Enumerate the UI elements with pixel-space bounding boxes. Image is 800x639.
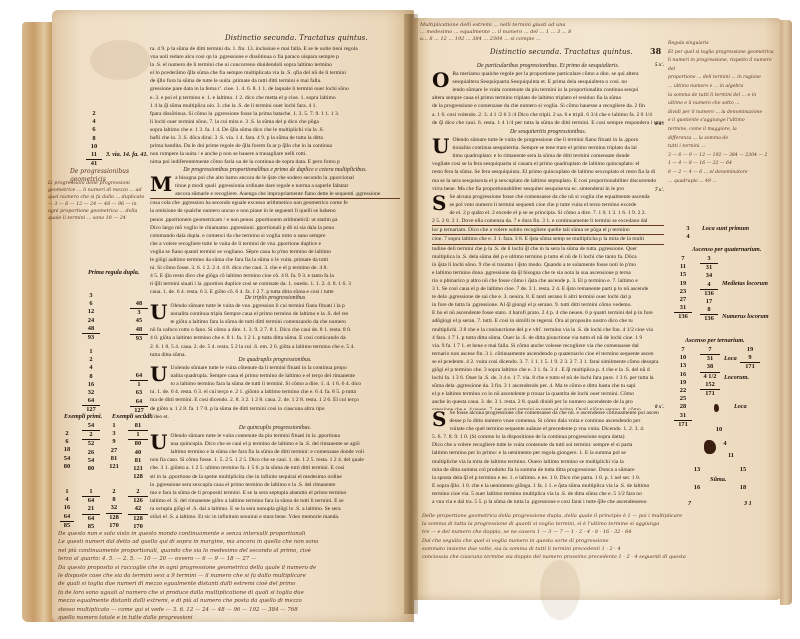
text-line: Se alcuna progressione fosse che comensa… (432, 194, 664, 201)
text-line: non fia caso. Si cõmo fosse. 1. 5. 2 5. … (150, 457, 400, 464)
text-line: laltimo termino per lo primo: e la uenim… (432, 450, 664, 457)
quaternarium-col-a: 7 11 15 19 23 27 31 136 (674, 255, 692, 322)
number: 4 (700, 281, 718, 289)
number: 80 (82, 465, 100, 473)
number: 15 (674, 271, 692, 279)
number: 26 (82, 449, 100, 457)
sum: 171 (740, 362, 760, 371)
handwritten-line: 3 — 6 — 9 — 12 — 192 — 384 — 2304 — 2 (668, 152, 780, 161)
bottom-margin-mark: 7 (688, 500, 691, 507)
number: 10 (86, 143, 102, 151)
circle-number: 18 (736, 484, 750, 492)
text-line: tudine deli termini che p la .S. de li l… (432, 246, 664, 253)
ascenso-ternarium-label: Ascenso per ternarium. (685, 337, 745, 344)
loca-label: Loca (724, 355, 737, 362)
handwritten-line: conciossia che ciascuno termine sia dopp… (422, 553, 782, 561)
drop-cap: U (432, 138, 449, 155)
text-line: gressione pare data in la fema r'. cioe.… (150, 86, 400, 93)
text-line: multiplica la .S. dela sũma del p e ulti… (432, 254, 664, 261)
handwritten-line: e il quotiente s'aggiunge l'ultimo (668, 117, 780, 126)
loca-sunt-primum-label: Loca sunt primum (702, 225, 749, 232)
number: 31 (700, 263, 718, 272)
open-book: Distinctio secunda. Tractatus quintus. r… (0, 0, 800, 639)
number: 1 (130, 380, 148, 389)
text-line: multipliche via la mita de laltimo termi… (432, 459, 664, 466)
handwritten-line: dividi per il numero ... la denominazion… (668, 109, 780, 118)
number: 8 (86, 135, 102, 143)
number: 54 (82, 422, 100, 430)
medietas-locorum-label: Medietas locorum (722, 280, 768, 287)
number: 3 (106, 430, 122, 438)
text-line: mo e fara la sũma de li propositi termin… (150, 490, 400, 497)
bottom-margin-mark: 3 1 (744, 500, 752, 507)
number: 4 (82, 364, 100, 372)
number: 17 (700, 298, 718, 306)
text-line: ra. 4 9. p la sũma de ditti termini da. … (150, 46, 400, 53)
sum: 93 (82, 333, 100, 342)
right-section-sesquitertia: De sesquitertiis progressionibus. U Olen… (432, 128, 664, 194)
number: 8 (106, 496, 122, 504)
text-line: te dela .pgressione de sai che e. 3. neu… (432, 294, 664, 301)
number: 16 (674, 371, 692, 379)
number: 31 (700, 354, 720, 363)
circle-number: 13 (690, 466, 704, 474)
section-heading: De triplis progressionibus (150, 295, 400, 302)
number: 128 (128, 473, 148, 481)
number: 64 (130, 398, 148, 406)
handwritten-line: nel più continuamente proportionali, qua… (58, 547, 408, 555)
number: 2 (86, 110, 102, 118)
number: 18 (60, 446, 74, 454)
text-line: Olendo sũmare tutte le vuita de vna .pgr… (150, 303, 400, 310)
number: 128 (106, 513, 122, 522)
margin-number-column: 2 4 6 8 10 11 41 (86, 110, 102, 168)
text-line: nonalita continua tripla Sempre caua el … (150, 311, 400, 318)
number: 54 (60, 455, 74, 463)
handwritten-line: 8 — 2 — 4 — 6 ... el denominatore (668, 169, 780, 178)
text-line: to a laltimo termino fara la sũma de tut… (150, 381, 400, 388)
text-line: ma de ditti termini. E cosi dicendo. 2. … (150, 397, 400, 404)
text-line: mita de ditta summa col prodotto fia la … (432, 467, 664, 474)
text-line: la .pgressione sera sexcupla caua el pri… (150, 482, 400, 489)
text-line: E sopra q̃llo. 1 0. che e la uenimento g… (432, 483, 664, 490)
number: 128 (128, 514, 148, 523)
number: 31 (674, 412, 692, 420)
quaternarium-col-b: 3 31 34 4 136 17 8 136 (700, 255, 718, 324)
quadruple-col-d: 2 126 42 128 170 (128, 488, 148, 531)
number: 3 (700, 255, 718, 263)
handwritten-line: differenza ... la somma de (668, 135, 780, 144)
text-line: cosa cola che .pgression ha secondo egua… (150, 200, 400, 207)
number: 81 (128, 422, 148, 430)
loca-col: 3 4 (680, 225, 696, 241)
ink-blot (714, 404, 719, 412)
text-line: 1 4 la q̃l sũma multiplica uio. 3. che l… (150, 103, 400, 110)
sum: 136 (700, 314, 718, 323)
text-line: timo quadruplato: e lo rimanente sera la… (432, 153, 664, 160)
left-running-head: Distinctio secunda. Tractatus quintus. (225, 34, 368, 42)
number: 19 (674, 379, 692, 387)
text-line: sopra laltimo che e. 1 3. fa. 1 4. De q̃… (150, 127, 400, 134)
handwritten-line: Et per quel si toglia progressione geome… (668, 49, 780, 58)
text-line: te giõta a laltimo fara la sũma de tutti… (150, 319, 400, 326)
handwritten-line: Multiplicatione delli estremi ... nelli … (420, 22, 780, 29)
circle-number: 11 (724, 452, 738, 460)
left-section-quadruple: De quadruplis progressionibus. U Uolendo… (150, 356, 400, 424)
exempli-secundi-label: Exempli secũdi. (112, 413, 153, 420)
duplice-example-2-left: 1 2 4 8 16 32 64 127 (82, 348, 100, 415)
underlined-text-line: 2 5. 2 8. 3 1. Dove ella comenza da. 7 e… (432, 218, 664, 226)
ascenso-quaternarium-label: Ascenso per quaternarium. (692, 246, 761, 253)
underlined-text-line: ancora sũmarle e recogliere. Auenga che … (150, 191, 400, 199)
text-line: Olendo sũmare tutte le vuita de progress… (432, 137, 664, 144)
loca-label-2: Loca (734, 403, 747, 410)
text-line: resto fera la sũma. Se fera sesquiquinta… (432, 169, 664, 176)
number: 1 (106, 422, 122, 430)
number: 21 (82, 505, 100, 513)
circle-number: 4 (718, 440, 732, 448)
handwritten-line: Le questi numeri dal detto ad quello qui… (58, 538, 408, 546)
sum: 93 (130, 334, 148, 343)
number: 2 (128, 488, 148, 496)
handwritten-line: proportione ... deli termini ... in ragi… (668, 74, 780, 83)
text-line: ra octupla giõgi el .S. dal a laltimo. E… (150, 506, 400, 513)
handwritten-line: la somma di tutta la progressione di qua… (422, 520, 782, 528)
number: 64 (130, 372, 148, 380)
number: 8 (82, 373, 100, 381)
circle-number: 10 (712, 426, 726, 434)
exempli-primi-col-a: 2 6 18 54 80 (60, 430, 74, 471)
text-line: nima poi indiferentemente cõmo faria ua … (150, 159, 400, 166)
quadruple-col-a: 1 4 16 64 85 (60, 488, 74, 530)
handwritten-line: li numeri in progressione, rispetto il n… (668, 57, 780, 74)
number: 3 (130, 308, 148, 317)
right-running-head: Distinctio secunda. Tractatus quintus. (490, 48, 633, 56)
number: 2 (60, 430, 74, 438)
text-line: multiplichi. 3 8 che e la coniunctione d… (432, 327, 664, 334)
text-line: de q̃l dico che caui. 6. resta. 1 4 1/4 … (432, 120, 664, 126)
underlined-text-line: cioe. 7 sopra laltimo che e. 3 1. fara. … (432, 236, 664, 244)
sum: 85 (60, 521, 74, 530)
number: 27 (106, 447, 122, 455)
handwritten-line: ultimo e il numero che sotto ... (668, 100, 780, 109)
exempli-secundi-col-a: 1 3 9 27 81 121 (106, 422, 122, 471)
handwritten-line: quello numero totale e in tutte dalle pr… (58, 614, 408, 622)
number: 136 (700, 289, 718, 298)
section-heading: De progressionibus proportionalibus e pr… (150, 167, 400, 174)
text-line: de q̃llo fora la sũma de tutte le uuita … (150, 78, 400, 85)
duplice-example-left: 3 6 12 24 48 93 (82, 292, 100, 342)
number: 4 1/2 (700, 372, 720, 381)
number: 42 (128, 505, 148, 513)
handwritten-line: le disposte cose che sia da termini sexi… (58, 572, 408, 580)
handwritten-line: Da questo proposito si raccoglie che in … (58, 564, 408, 572)
margin-note: 3. via. 14. fa. 41. (106, 151, 148, 158)
number: 1 (82, 348, 100, 356)
text-line: che a volere recogliere tutte le vuita d… (150, 241, 400, 248)
number: 22 (674, 387, 692, 395)
text-line: giõgi el .S. a laltimo. Et sic in infini… (150, 514, 400, 518)
text-line: commando dala dopla. e comenci da che te… (150, 233, 400, 240)
circle-number: 16 (690, 484, 704, 492)
text-line: non rompere la uuita / e anche p non se … (150, 151, 400, 158)
left-bottom-handwritten-notes: De questo non e solo visto in questo mon… (58, 530, 408, 622)
number: 6 (60, 438, 74, 446)
text-line: sti in la .pportione de la spetie multip… (150, 474, 400, 481)
text-line: tionalita continua sesquitertia. Sempre … (432, 145, 664, 152)
text-line: bafli che lo. 3 .S. dõca dirai. 3 .S. vi… (150, 135, 400, 142)
ternarium-col-b: 7 31 38 4 1/2 152 171 (700, 346, 720, 398)
handwritten-line: Regula singularis (668, 40, 780, 49)
number: 7 (700, 346, 720, 354)
number: 8 (700, 306, 718, 314)
number: 27 (674, 296, 692, 304)
text-line: vna uoli redare alcu cosi qn la .pgressi… (150, 54, 400, 61)
text-line: vogliate cosi se la fera sesquiquarta si… (432, 161, 664, 168)
number: 48 (130, 300, 148, 308)
number: 6 (82, 300, 100, 308)
text-line: prima bandita. Da le doi prime regole de… (150, 143, 400, 150)
number: 54 (82, 457, 100, 465)
section-heading: De quadruplis progressionibus. (150, 357, 400, 364)
summa-label: Sũma. (710, 476, 726, 483)
number: 7 (674, 346, 692, 354)
text-line: la sposta dela q̃l el p termino e ne. 1.… (432, 475, 664, 482)
section-heading: De particularibus progressionibus. Et pr… (432, 63, 664, 70)
number: 11 (86, 151, 102, 159)
text-line: nalita quadrupla. Sempre caua el primo t… (150, 373, 400, 380)
text-line: fpara dissõtinua. Si cõmo la .pgressione… (150, 111, 400, 118)
book-gutter (404, 14, 418, 614)
text-line: che. 3 1. giõnto a. 1 2 5. ultimo termin… (150, 465, 400, 472)
number: 25 (674, 395, 692, 403)
text-line: in fore de tutta la .pgressione. Al q̃l … (432, 302, 664, 309)
number: 31 (674, 304, 692, 312)
text-line: laltimo termino e la sũma che fara fia l… (150, 449, 400, 456)
number: 3 (680, 225, 696, 233)
handwritten-line: ... medesimo ... equalmente ... il numer… (420, 29, 780, 36)
number: 28 (674, 403, 692, 411)
number: 45 (130, 317, 148, 325)
number: 19 (674, 280, 692, 288)
text-line: Dico che a volere recogliere tutte le vu… (432, 442, 664, 449)
handwritten-line: mezzo equalmente distanti dalli extremi,… (58, 597, 408, 605)
text-line: Dico largo mõ voglio le chiamamo .pgress… (150, 225, 400, 232)
number: 9 (106, 438, 122, 446)
ink-blot (704, 440, 716, 454)
text-line: a vna via e dal tra. 5 5. p la sũma de t… (432, 499, 664, 506)
text-line: ni. 1. de. 6 4. resta. 6 3. el cui terço… (150, 389, 400, 396)
number: 32 (106, 504, 122, 512)
text-line: el lo pcederãmo q̃lla sũma che fia sempr… (150, 70, 400, 77)
text-line: le giõgi aultimo termino da sũma che far… (150, 257, 400, 264)
number: 40 (128, 449, 148, 457)
text-line: de el. 2 p quãto el. 2 excede el p se se… (432, 210, 664, 217)
text-line: a bisogna poi che aito hamo ancora de le… (150, 175, 400, 182)
number: 64 (82, 514, 100, 523)
number: 1 (82, 488, 100, 496)
text-line: ni. Si cõmo fosse. 3. 6. 1 2. 2 4. 4 8. … (150, 265, 400, 272)
text-line: Se fosse alcuna progressione che comensa… (432, 410, 664, 417)
text-line: 4 5. E q̃lo resto dico che giõga cõ lalt… (150, 273, 400, 280)
handwritten-line: fa de loro sono uguali al numero che si … (58, 589, 408, 597)
text-line: ti q̃lli termini siuati i la .pportion d… (150, 281, 400, 288)
sum: 170 (106, 522, 122, 530)
number: 52 (82, 439, 100, 448)
number: 81 (106, 455, 122, 463)
text-line: tinue p modi quali .pgressionia ordinate… (150, 183, 400, 190)
number: 23 (674, 288, 692, 296)
number: 16 (60, 504, 74, 512)
left-section-quintuple: De quincuplis progressionibus. U Olendo … (150, 424, 400, 518)
text-line: anche in questa caua. 3. de. 3 1. resta.… (432, 399, 664, 406)
number: 1 (128, 430, 148, 439)
left-section-triple: De triplis progressionibus U Olendo sũma… (150, 294, 400, 356)
text-line: e laltimo termino dona .pgressione da q̃… (432, 270, 664, 277)
text-line: la .S. el numero de li termini che ui co… (150, 62, 400, 69)
exempli-secundi-col-b: 81 1 80 40 81 121 128 (128, 422, 148, 481)
text-line: e. 3. e poi el p termino e. 1. e laltimo… (150, 95, 400, 102)
margin-note: 6 x'. (655, 122, 664, 127)
exempli-primi-col-b: 54 2 52 26 54 80 (82, 422, 100, 473)
text-line: sesquialtera Sesquiquarta Sesquiquinta e… (432, 79, 664, 86)
text-line: se pol vnto numero li termini sequenti c… (432, 202, 664, 209)
number: 63 (130, 389, 148, 397)
text-line: sũma dela .pgressione da. 3 fin. 3 1 asc… (432, 383, 664, 390)
handwritten-line: ... quadruplo ... 49 ... (668, 178, 780, 187)
number: 2 (82, 430, 100, 439)
drop-cap: U (150, 366, 167, 383)
number: 80 (128, 439, 148, 448)
text-line: se el pcedente. 4 2. vuita cosi dicendo.… (432, 359, 664, 366)
text-line: ternario non ascese fin. 3 1. cõtinuamen… (432, 351, 664, 358)
drop-cap: O (432, 72, 449, 89)
locorum-label: Locorum. (724, 374, 749, 381)
handwritten-line: De questo non e solo visto in questo mon… (58, 530, 408, 538)
right-bottom-handwritten-notes: Delle proportione geometrica della progr… (422, 512, 782, 582)
folio-number: 38 (650, 46, 661, 56)
number: 34 (700, 272, 718, 280)
text-line: voglia se fiano quanti termini se voglia… (150, 249, 400, 256)
text-line: la omisione de qualche numero uncuo e no… (150, 208, 400, 215)
left-section-duple: De progressionibus proportionalibus e pr… (150, 166, 400, 294)
text-line: de la progressione e comenzase da che nu… (432, 103, 664, 110)
text-line: 4 0. giõta a laltimo termino che e. 8 1.… (150, 335, 400, 342)
duplice-example-right: 48 3 45 48 93 (130, 300, 148, 343)
text-line: vnitate che quel termino sequente auãnze… (432, 426, 664, 433)
section-heading: De sesquitertiis progressionibus. (432, 129, 664, 136)
left-text-top: ra. 4 9. p la sũma de ditti termini da. … (150, 46, 400, 166)
number: 4 (60, 496, 74, 504)
number: 121 (128, 465, 148, 473)
handwritten-line: la somma de tutti li termini del ... e i… (668, 92, 780, 101)
handwritten-line: tutti i termini ... (668, 143, 780, 152)
text-line: 4 fara. 1 7 1. p tutta ditta sũma. Ouer … (432, 335, 664, 342)
text-line: el p e laltimo termino co lo nũ ascenden… (432, 391, 664, 398)
margin-note: 5 x'. (655, 63, 664, 68)
number: 6 (86, 126, 102, 134)
drop-cap: M (150, 176, 172, 193)
quadruple-col-b: 1 64 21 64 85 (82, 488, 100, 531)
sum: 171 (674, 420, 692, 429)
number: 3 (82, 292, 100, 300)
number: 4 (86, 118, 102, 126)
text-line: lochi fa. 1 3 6. Ouer la .S. de. 3 4 e. … (432, 375, 664, 382)
drop-cap: U (150, 304, 167, 321)
number: 9 (740, 354, 760, 362)
text-line: lendo sũmare le vuita contenute da piu t… (432, 87, 664, 94)
ternarium-col-c: 19 9 171 (740, 346, 760, 372)
right-section-sesquialtera: De particularibus progressionibus. Et pr… (432, 62, 664, 126)
right-section-unit-progression: S Se fosse alcuna progressione che comen… (432, 410, 664, 506)
number: 7 (674, 255, 692, 263)
ternarium-col-a: 7 10 13 16 19 22 25 28 31 171 (674, 346, 692, 429)
number: 13 (674, 362, 692, 370)
text-line: in q̃sta li lochi sõno. 9 che si troumo … (432, 262, 664, 269)
text-line: de giõto a. 1 2 8. fa. 1 7 0. p la sũma … (150, 406, 400, 413)
number: 64 (82, 397, 100, 405)
text-line: ma se la sera sesquisexta el p sexcuplat… (432, 178, 664, 185)
number: 19 (740, 346, 760, 354)
handwritten-line: stesso multiplicato — come qui si vede —… (58, 606, 408, 614)
duplice-example-2-right: 64 1 63 64 127 (130, 372, 148, 415)
text-line: virra bene. Ma che fia proportionabilite… (432, 186, 664, 193)
number: 11 (674, 263, 692, 271)
right-margin-handwritten-notes: Regula singularis Et per quel si toglia … (668, 40, 780, 220)
handwritten-line: ... ultimo numero e ... in algebra (668, 83, 780, 92)
text-line: penos .pportionem geometricam / e non pe… (150, 217, 400, 224)
sum: 136 (674, 312, 692, 321)
handwritten-line: Dal che seguita che quel si voglia numer… (422, 537, 782, 545)
number: 24 (82, 317, 100, 325)
number: 2 (82, 356, 100, 364)
drop-cap: S (432, 195, 446, 212)
section-heading: De quincuplis progressionibus. (150, 425, 400, 432)
handwritten-line: de quali si toglia due numeri di mezzo e… (58, 580, 408, 588)
right-section-arithmetic: S Se alcuna progressione fosse che comen… (432, 194, 664, 410)
underlined-text-line: lor p ternariam. Dico che a volere subit… (432, 227, 664, 235)
number: 12 (82, 308, 100, 316)
number: 10 (674, 354, 692, 362)
number: 81 (128, 457, 148, 465)
text-line: adõgiogi el p seran. 7. tutti. E cosi in… (432, 318, 664, 325)
text-line: Uolendo sũmare tutte le vuita cõtenute d… (150, 365, 400, 372)
handwritten-line: 1 — 4 — 8 — 16 — 32 — 64 (668, 160, 780, 169)
number: 121 (106, 463, 122, 471)
text-line: Olendo sũmare tutte le vuita contenute d… (150, 433, 400, 440)
number: 1 (60, 488, 74, 496)
text-line: via. 9 fa. 1 7 1. et bene e mai falla. S… (432, 343, 664, 350)
circle-number: 15 (736, 466, 750, 474)
number: 2 (106, 488, 122, 496)
text-line: 3 1. Se cosi caua el p de laltimo cioe. … (432, 286, 664, 293)
handwritten-line: termine, come il maggiore, la (668, 126, 780, 135)
text-line: laltimo el .S. del rimanente giõto a lal… (150, 498, 400, 505)
number: 48 (130, 326, 148, 334)
text-line: 5. 6. 7. 8. 9. 1 0. (Si commo lo la disp… (432, 434, 664, 441)
text-line: desse p lo ditto numero vnoe comensa. Si… (432, 418, 664, 425)
number: 64 (82, 496, 100, 505)
numerus-locorum-label: Numerus locorum (722, 313, 769, 320)
text-line: altera sempre caua el primo termino trip… (432, 95, 664, 102)
text-line: a. 1 6. cosi volendo. 2. 3. 4 1 /2 6 3 /… (432, 112, 664, 119)
handwritten-line: terzo al quarto: 4. 5. — 2. 5. — 10 — 20… (58, 555, 408, 563)
number: 80 (60, 463, 74, 471)
drop-cap: U (150, 434, 167, 451)
sum: 171 (700, 389, 720, 398)
text-line: nõ fa cafoco rotto o fano. Si cõmo a dir… (150, 327, 400, 334)
number: 32 (82, 389, 100, 397)
